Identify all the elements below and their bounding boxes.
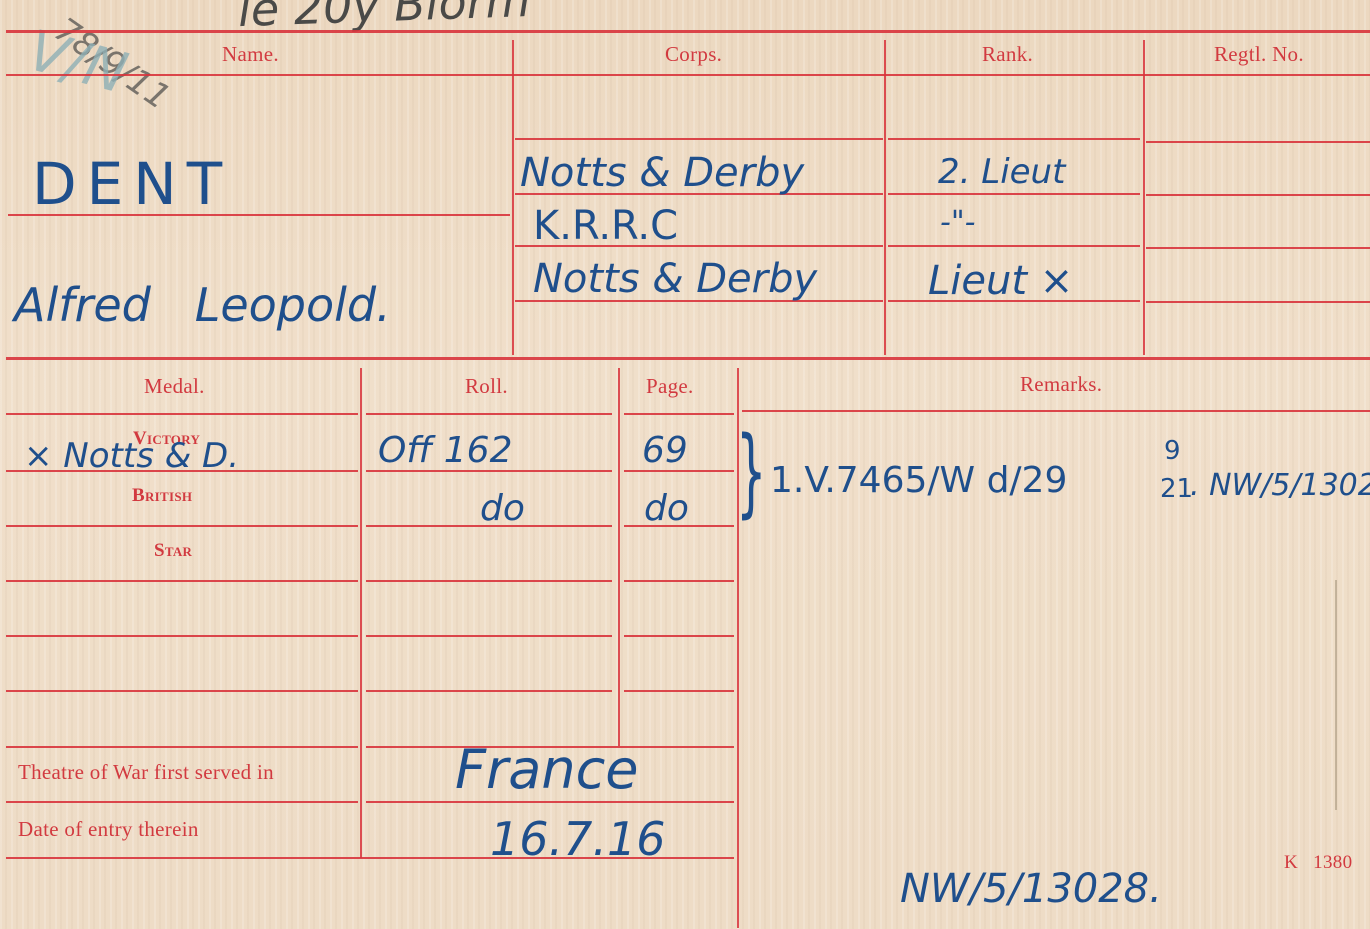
medal-row-line-3	[6, 580, 358, 582]
header-page: Page.	[646, 374, 694, 399]
medal-row-line-5	[6, 690, 358, 692]
corps-2: K.R.R.C	[533, 203, 678, 249]
page-row-line-5	[624, 690, 734, 692]
date-value: 16.7.16	[490, 812, 666, 866]
date-label: Date of entry therein	[18, 817, 199, 842]
page-victory: 69	[642, 430, 688, 471]
roll-header-line	[366, 413, 612, 415]
date-top-line	[6, 801, 358, 803]
rank-row-line-3	[888, 245, 1140, 247]
rank-regtl-divider	[1143, 40, 1145, 355]
roll-row-line-4	[366, 635, 612, 637]
header-rank: Rank.	[982, 42, 1033, 67]
medal-row-line-4	[6, 635, 358, 637]
remarks-fraction-bottom: 21	[1160, 474, 1193, 504]
corps-3: Notts & Derby	[533, 256, 817, 302]
medal-star-label: Star	[154, 540, 192, 562]
header-underline	[6, 74, 1370, 76]
paper-crease	[1335, 580, 1337, 810]
rank-row-line-1	[888, 138, 1140, 140]
header-corps: Corps.	[665, 42, 722, 67]
remarks-brace: }	[736, 424, 767, 520]
header-remarks: Remarks.	[1020, 372, 1102, 397]
medal-row-line-2	[6, 525, 358, 527]
page-row-line-4	[624, 635, 734, 637]
page-row-line-3	[624, 580, 734, 582]
theatre-value: France	[455, 738, 639, 801]
victory-annotation: × Notts & D.	[24, 436, 239, 476]
name-corps-divider	[512, 40, 514, 355]
rank-2: -"-	[940, 205, 975, 240]
roll-page-divider	[618, 368, 620, 746]
theatre-label: Theatre of War first served in	[18, 760, 274, 785]
roll-british: do	[480, 488, 525, 529]
remarks-tail: . NW/5/1302	[1190, 468, 1370, 503]
form-number: K 1380	[1284, 852, 1352, 874]
rank-1: 2. Lieut	[938, 152, 1065, 192]
header-roll: Roll.	[465, 374, 508, 399]
regtl-row-line-2	[1146, 194, 1370, 196]
page-header-line	[624, 413, 734, 415]
date-value-top-line	[366, 801, 734, 803]
header-regtl-no: Regtl. No.	[1214, 42, 1304, 67]
rank-3: Lieut ×	[928, 258, 1073, 304]
page-british: do	[644, 488, 689, 529]
remarks-fraction-top: 9	[1164, 436, 1181, 466]
regtl-row-line-3	[1146, 247, 1370, 249]
section-divider-line	[6, 357, 1370, 360]
roll-row-line-3	[366, 580, 612, 582]
corps-row-line-1	[515, 138, 883, 140]
roll-victory: Off 162	[378, 430, 512, 471]
rank-row-line-2	[888, 193, 1140, 195]
roll-row-line-5	[366, 690, 612, 692]
regtl-row-line-1	[1146, 141, 1370, 143]
medal-index-card: le 20y Blorm 78/9/11 V/N Name. Corps. Ra…	[0, 0, 1370, 929]
medal-british-label: British	[132, 485, 192, 507]
corps-rank-divider	[884, 40, 886, 355]
header-name: Name.	[222, 42, 279, 67]
remarks-main: 1.V.7465/W d/29	[770, 460, 1067, 501]
header-medal: Medal.	[144, 374, 205, 399]
forenames: Alfred Leopold.	[14, 278, 391, 332]
regtl-row-line-4	[1146, 301, 1370, 303]
theatre-top-line	[6, 746, 358, 748]
medal-header-line	[6, 413, 358, 415]
surname: DENT	[32, 150, 232, 218]
top-border-line	[6, 30, 1370, 33]
footer-reference: NW/5/13028.	[900, 866, 1162, 912]
medal-roll-divider	[360, 368, 362, 858]
remarks-header-line	[742, 410, 1370, 412]
corps-1: Notts & Derby	[520, 150, 804, 196]
